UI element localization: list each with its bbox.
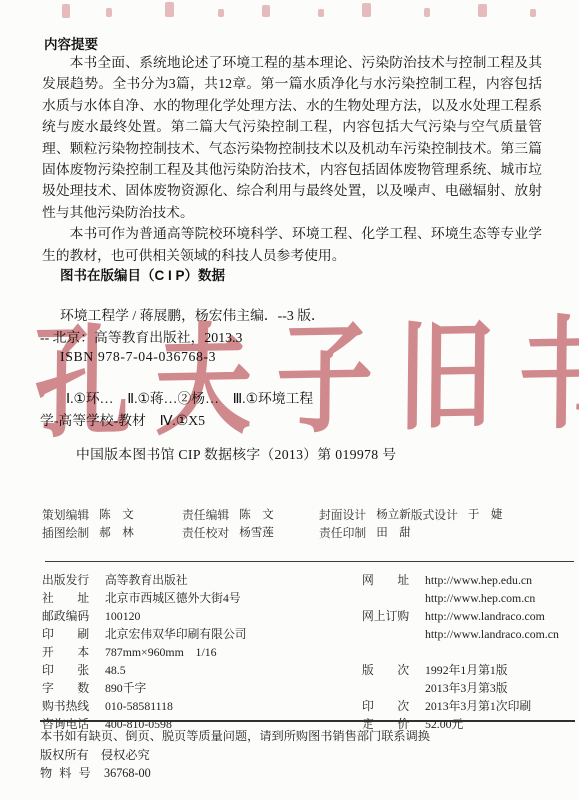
colophon-label: 购书热线 [42,697,96,715]
colophon-label: 网 址 [362,571,416,589]
colophon-label [362,625,416,643]
colophon-value: 北京宏伟双华印刷有限公司 [105,625,247,643]
credit-cell: 责任印制 田 甜 [319,524,411,542]
watermark-fragment [478,4,487,17]
credit-role-label: 策划编辑 [42,506,89,524]
cip-class-line-1: Ⅰ.①环… Ⅱ.①蒋…②杨… Ⅲ.①环境工程 [66,387,313,407]
watermark-fragment [424,8,430,17]
credit-person-name: 陈 文 [99,506,134,524]
colophon-label: 网上订购 [362,607,416,625]
credit-person-name: 田 甜 [376,524,411,542]
summary-paragraph-2: 本书可作为普通高等院校环境科学、环境工程、化学工程、环境生态等专业学生的教材，也… [42,223,542,266]
watermark-fragment [165,2,174,17]
colophon-value: 787mm×960mm 1/16 [105,643,217,661]
colophon-row: 字 数 890千字 [42,679,358,697]
colophon-right-column: 网 址 http://www.hep.edu.cn http://www.hep… [362,571,576,733]
colophon-row: 网 址 http://www.hep.edu.cn [362,571,576,589]
colophon-row: 出版发行 高等教育出版社 [42,571,358,589]
watermark-char: 旧 [396,313,494,445]
credit-person-name: 杨雪莲 [239,524,274,542]
colophon-row: 购书热线 010-58581118 [42,697,358,715]
colophon-row: 网上订购 http://www.landraco.com [362,607,576,625]
credit-cell: 责任校对 杨雪莲 [182,524,319,542]
colophon-value: http://www.landraco.com [425,607,545,625]
colophon-label: 字 数 [42,679,96,697]
colophon-value: http://www.landraco.com.cn [425,625,559,643]
colophon-label: 社 址 [42,589,96,607]
colophon-value: 890千字 [105,679,146,697]
credit-role-label: 封面设计 [319,506,366,524]
cip-isbn: ISBN 978-7-04-036768-3 [60,349,216,365]
colophon-row: 社 址 北京市西城区德外大街4号 [42,589,358,607]
credits-row-2: 插图绘制 郝 林 责任校对 杨雪莲 责任印制 田 甜 [42,524,569,542]
cip-publisher-line: -- 北京：高等教育出版社，2013.3 [40,326,242,346]
colophon-value: 高等教育出版社 [105,571,188,589]
book-copyright-page: 内容提要 本书全面、系统地论述了环境工程的基本理论、污染防治技术与控制工程及其发… [0,0,579,800]
credits-row-1: 策划编辑 陈 文 责任编辑 陈 文 封面设计 杨立新 版式设计 于 婕 [42,506,569,524]
material-number-row: 物 料 号 36768-00 [40,764,569,783]
colophon-row: http://www.hep.com.cn [362,589,576,607]
colophon-label: 开 本 [42,643,96,661]
colophon-label [362,679,416,697]
colophon-value: 2013年3月第1次印刷 [425,697,531,715]
credit-person-name: 杨立新 [376,506,411,524]
credit-cell: 版式设计 于 婕 [411,506,503,524]
quality-notice: 本书如有缺页、倒页、脱页等质量问题，请到所购图书销售部门联系调换 [40,727,569,746]
colophon-label: 印 次 [362,697,416,715]
cip-class-line-2: 学-高等学校-教材 Ⅳ.①X5 [40,409,205,429]
summary-heading: 内容提要 [44,33,98,53]
colophon-row: 印 刷 北京宏伟双华印刷有限公司 [42,625,358,643]
colophon-label: 印 刷 [42,625,96,643]
credit-person-name: 郝 林 [99,524,134,542]
colophon-value: 48.5 [105,661,126,679]
colophon-label: 印 张 [42,661,96,679]
copyright-notice: 版权所有 侵权必究 [40,746,569,765]
colophon-value: 100120 [105,607,140,625]
colophon-label: 出版发行 [42,571,96,589]
watermark-fragment [106,8,112,17]
colophon-row: 邮政编码 100120 [42,607,358,625]
colophon-label [362,643,416,661]
separator-line-thin [45,561,574,562]
credit-cell: 策划编辑 陈 文 [42,506,182,524]
top-watermark-fragments [0,0,579,24]
watermark-char: 子 [275,315,373,447]
colophon-left-column: 出版发行 高等教育出版社 社 址 北京市西城区德外大街4号 邮政编码 10012… [42,571,358,733]
credit-cell: 封面设计 杨立新 [319,506,411,524]
colophon-row: 2013年3月第3版 [362,679,576,697]
watermark-fragment [318,9,324,17]
colophon-value: 2013年3月第3版 [425,679,508,697]
cip-record-line: 中国版本图书馆 CIP 数据核字（2013）第 019978 号 [76,443,396,463]
colophon-row: http://www.landraco.com.cn [362,625,576,643]
credit-role-label: 插图绘制 [42,524,89,542]
watermark-fragment [530,9,536,17]
colophon-label: 邮政编码 [42,607,96,625]
colophon-row: 印 张 48.5 [42,661,358,679]
material-number-value: 36768-00 [104,764,151,783]
colophon-value: http://www.hep.edu.cn [425,571,532,589]
staff-credits: 策划编辑 陈 文 责任编辑 陈 文 封面设计 杨立新 版式设计 于 婕 [42,506,569,542]
credit-cell: 责任编辑 陈 文 [182,506,319,524]
colophon-value: 北京市西城区德外大街4号 [105,589,241,607]
watermark-fragment [362,3,371,17]
watermark-fragment [262,5,270,17]
colophon-value: 010-58581118 [105,697,173,715]
credit-person-name: 于 婕 [468,506,503,524]
watermark-fragment [62,4,70,18]
cip-title-line: 环境工程学 / 蒋展鹏，杨宏伟主编．--3 版． [60,304,325,324]
colophon-value: 1992年1月第1版 [425,661,508,679]
separator-line-thick [40,720,575,722]
footer: 本书如有缺页、倒页、脱页等质量问题，请到所购图书销售部门联系调换 版权所有 侵权… [40,727,569,783]
credit-role-label: 责任编辑 [182,506,229,524]
summary-paragraph-1: 本书全面、系统地论述了环境工程的基本理论、污染防治技术与控制工程及其发展趋势。全… [42,52,542,223]
watermark-char: 书 [517,311,579,443]
credit-person-name: 陈 文 [239,506,274,524]
material-number-label: 物 料 号 [40,764,104,783]
colophon-label [362,589,416,607]
colophon-row: 开 本 787mm×960mm 1/16 [42,643,358,661]
cip-heading: 图书在版编目（C I P）数据 [60,264,225,284]
colophon-row: 版 次 1992年1月第1版 [362,661,576,679]
colophon-row [362,643,576,661]
credit-role-label: 责任校对 [182,524,229,542]
credit-cell: 插图绘制 郝 林 [42,524,182,542]
summary-text: 本书全面、系统地论述了环境工程的基本理论、污染防治技术与控制工程及其发展趋势。全… [42,52,542,266]
colophon-value: http://www.hep.com.cn [425,589,535,607]
credit-role-label: 责任印制 [319,524,366,542]
colophon-row: 印 次 2013年3月第1次印刷 [362,697,576,715]
watermark-fragment [218,9,224,17]
colophon-label: 版 次 [362,661,416,679]
credit-role-label: 版式设计 [411,506,458,524]
